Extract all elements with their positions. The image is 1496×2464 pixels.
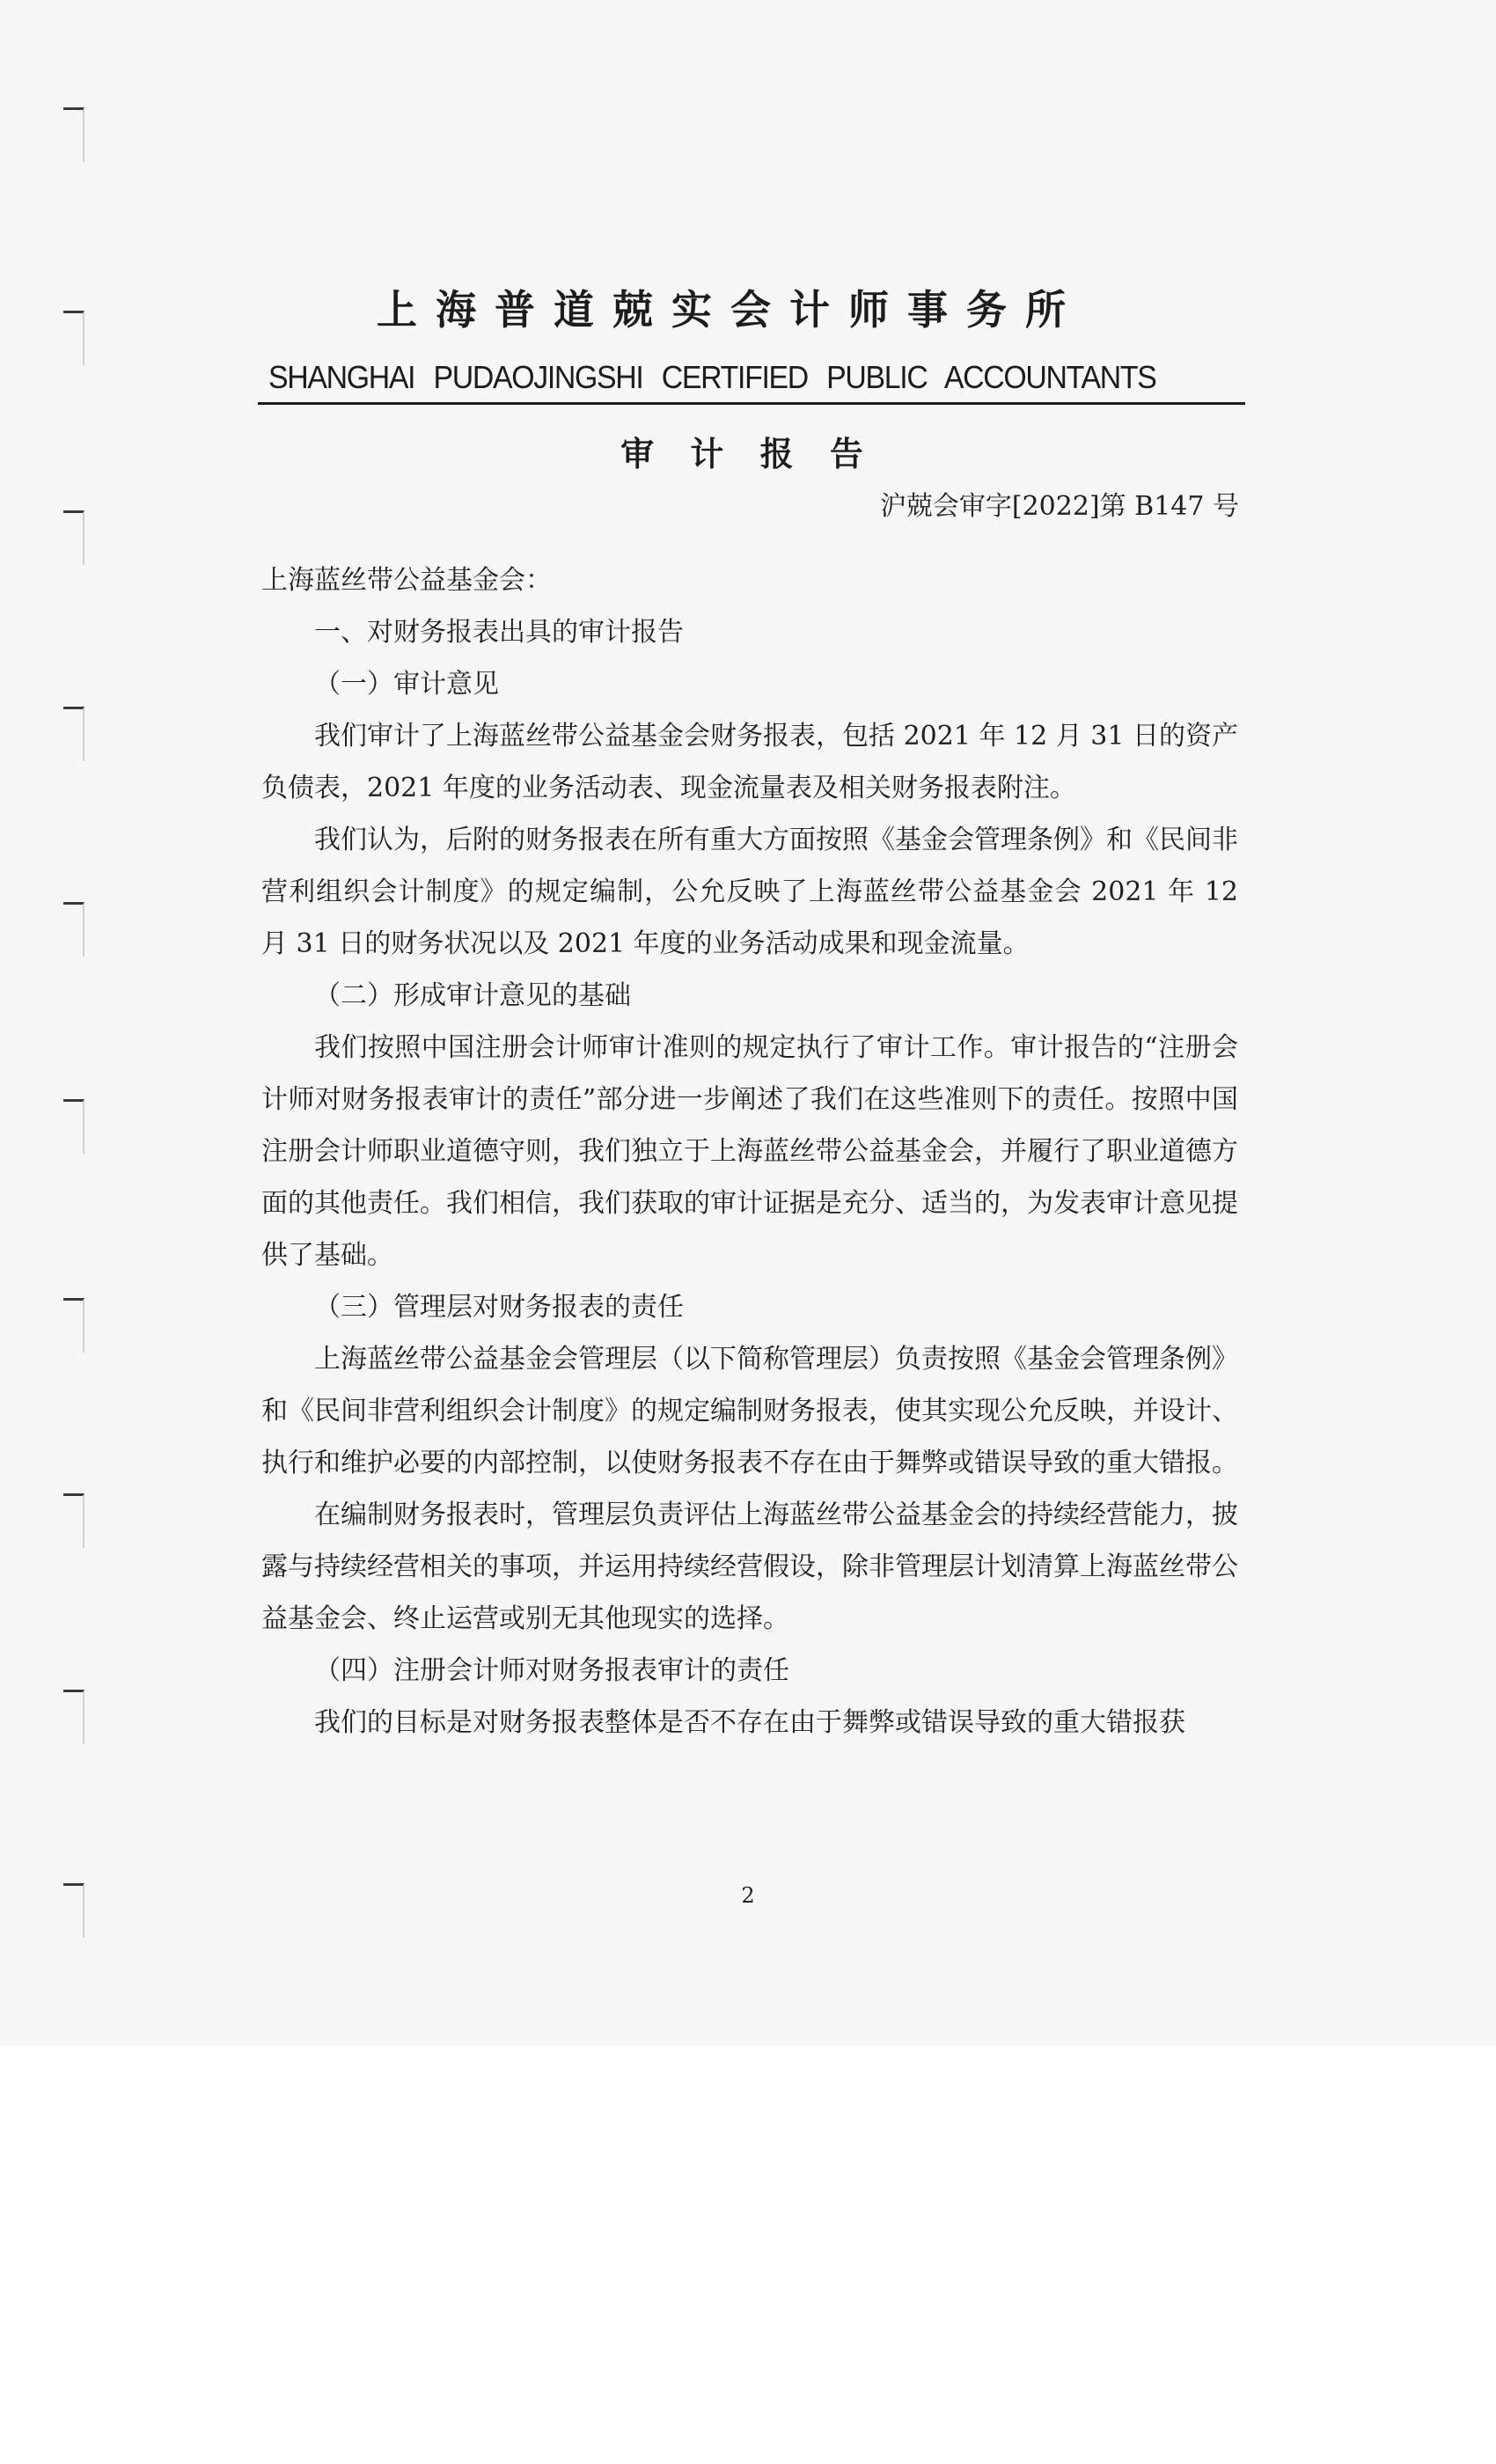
report-body: 上海蓝丝带公益基金会： 一、对财务报表出具的审计报告 （一）审计意见 我们审计了…: [261, 554, 1238, 1749]
binding-hole-mark: [63, 1099, 84, 1154]
binding-hole-mark: [63, 1298, 84, 1353]
binding-hole-mark: [63, 311, 84, 365]
letterhead-divider: [258, 402, 1245, 405]
firm-name-chinese: 上海普道兢实会计师事务所: [290, 278, 1170, 336]
binding-hole-mark: [63, 1493, 84, 1548]
subsection-heading-audit-opinion: （一）审计意见: [261, 658, 1238, 710]
binding-hole-mark: [63, 902, 84, 957]
binding-hole-mark: [63, 707, 84, 761]
paragraph-basis: 我们按照中国注册会计师审计准则的规定执行了审计工作。审计报告的“注册会计师对财务…: [261, 1022, 1238, 1281]
paragraph-scope: 我们审计了上海蓝丝带公益基金会财务报表，包括 2021 年 12 月 31 日的…: [261, 710, 1238, 814]
binding-hole-mark: [63, 1883, 84, 1938]
page-number: 2: [730, 1883, 766, 1908]
subsection-heading-auditor-responsibility: （四）注册会计师对财务报表审计的责任: [261, 1645, 1238, 1697]
report-title: 审 计 报 告: [616, 427, 880, 475]
binding-hole-mark: [63, 1690, 84, 1744]
subsection-heading-basis: （二）形成审计意见的基础: [261, 970, 1238, 1022]
salutation: 上海蓝丝带公益基金会：: [261, 554, 1238, 606]
scanned-page: 上海普道兢实会计师事务所 SHANGHAI PUDAOJINGSHI CERTI…: [0, 0, 1496, 2046]
section-heading-1: 一、对财务报表出具的审计报告: [261, 606, 1238, 658]
paragraph-management-responsibility: 上海蓝丝带公益基金会管理层（以下简称管理层）负责按照《基金会管理条例》和《民间非…: [261, 1333, 1238, 1489]
report-reference-number: 沪兢会审字[2022]第 B147 号: [880, 484, 1239, 523]
paragraph-auditor-objective: 我们的目标是对财务报表整体是否不存在由于舞弊或错误导致的重大错报获: [261, 1697, 1238, 1749]
subsection-heading-management-responsibility: （三）管理层对财务报表的责任: [261, 1281, 1238, 1333]
paragraph-going-concern: 在编制财务报表时，管理层负责评估上海蓝丝带公益基金会的持续经营能力，披露与持续经…: [261, 1489, 1238, 1645]
binding-hole-mark: [63, 107, 84, 162]
paragraph-opinion: 我们认为，后附的财务报表在所有重大方面按照《基金会管理条例》和《民间非营利组织会…: [261, 814, 1238, 970]
firm-name-english: SHANGHAI PUDAOJINGSHI CERTIFIED PUBLIC A…: [268, 359, 1162, 396]
binding-hole-mark: [63, 510, 84, 565]
